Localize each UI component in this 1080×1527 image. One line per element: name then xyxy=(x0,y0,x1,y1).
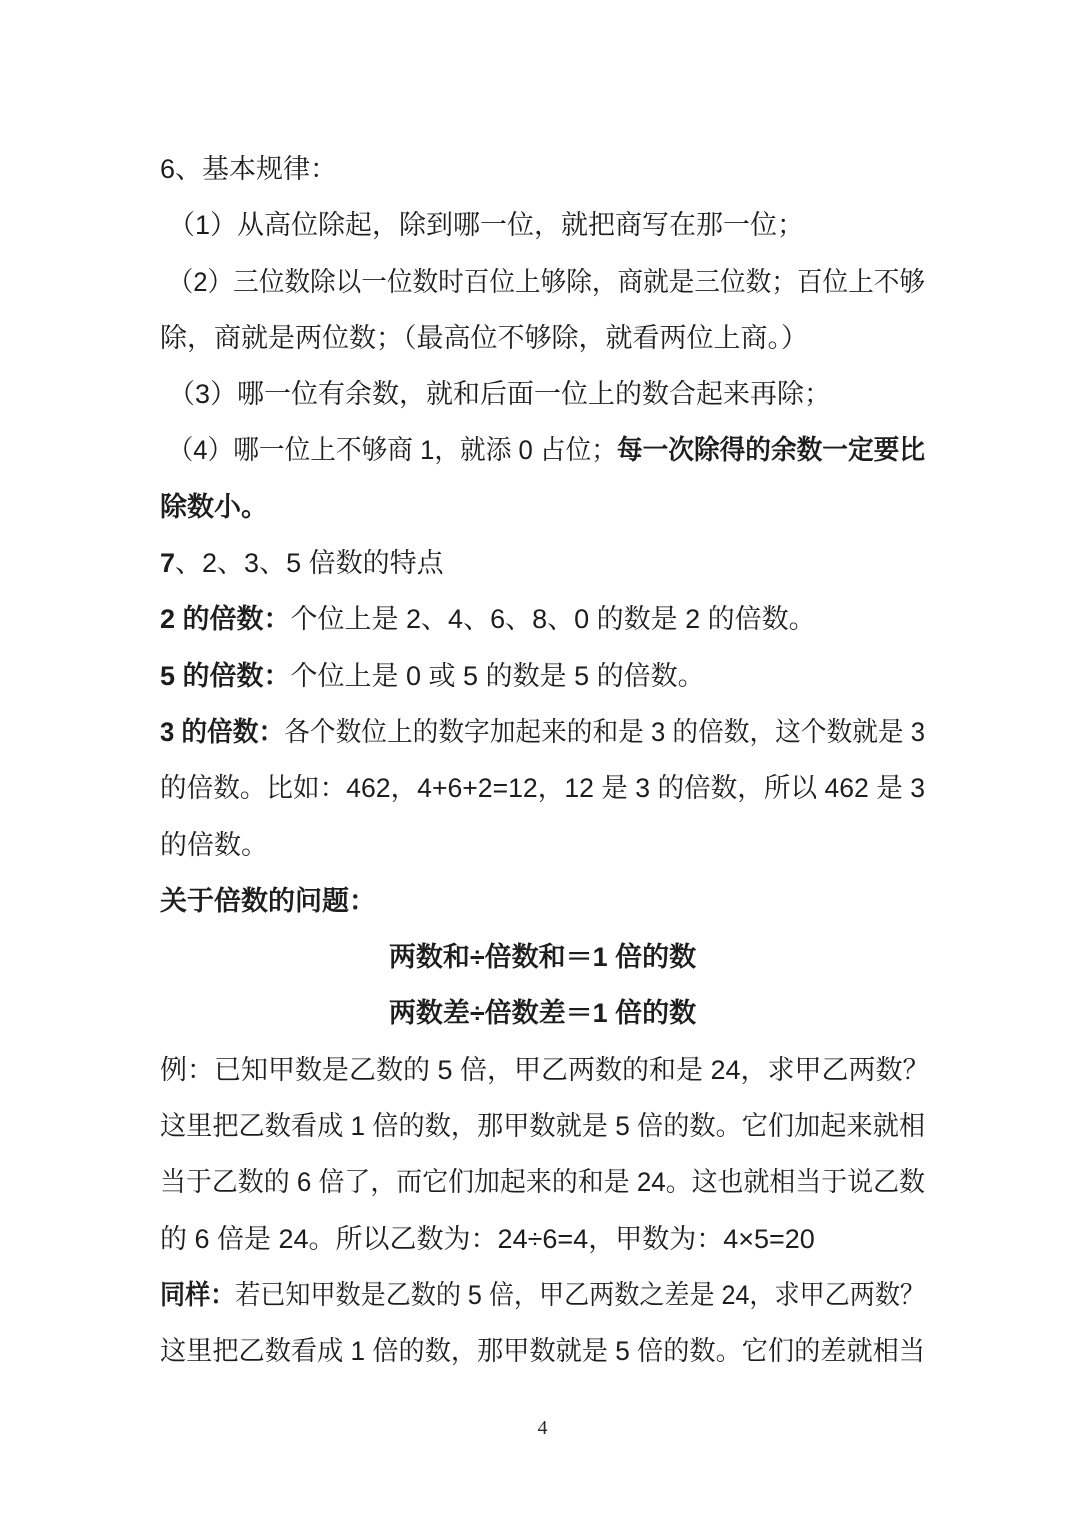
text-line-content: 除，商就是两位数；（最高位不够除，就看两位上商。） xyxy=(160,310,808,366)
text-line: 这里把乙数看成 1 倍的数，那甲数就是 5 倍的数。它们的差就相当 xyxy=(160,1323,925,1379)
document-page: 6、基本规律：（1）从高位除起，除到哪一位，就把商写在那一位；（2）三位数除以一… xyxy=(0,0,1080,1527)
text-line: 两数和÷倍数和＝1 倍的数 xyxy=(160,929,925,985)
bold-text-segment: 7 xyxy=(160,548,175,578)
text-line-content: 的 6 倍是 24。所以乙数为：24÷6=4，甲数为：4×5=20 xyxy=(160,1211,815,1267)
text-line: （1）从高位除起，除到哪一位，就把商写在那一位； xyxy=(160,197,925,253)
text-line: 除数小。 xyxy=(160,479,925,535)
text-line: （4）哪一位上不够商 1，就添 0 占位；每一次除得的余数一定要比 xyxy=(160,422,925,478)
bold-text-segment: 除数小。 xyxy=(160,492,268,522)
text-line: 当于乙数的 6 倍了，而它们加起来的和是 24。这也就相当于说乙数 xyxy=(160,1154,925,1210)
text-line: 2 的倍数：个位上是 2、4、6、8、0 的数是 2 的倍数。 xyxy=(160,591,925,647)
bold-text-segment: 两数和÷倍数和＝1 倍的数 xyxy=(389,942,696,972)
text-segment: 若已知甲数是乙数的 5 倍，甲乙两数之差是 24，求甲乙两数？ xyxy=(235,1280,925,1310)
document-content: 6、基本规律：（1）从高位除起，除到哪一位，就把商写在那一位；（2）三位数除以一… xyxy=(160,141,925,1380)
text-line-content: 除数小。 xyxy=(160,479,268,535)
text-segment: 个位上是 0 或 5 的数是 5 的倍数。 xyxy=(291,661,705,691)
text-line-content: 6、基本规律： xyxy=(160,141,337,197)
text-line-content: （1）从高位除起，除到哪一位，就把商写在那一位； xyxy=(160,197,804,253)
text-line: （2）三位数除以一位数时百位上够除，商就是三位数；百位上不够 xyxy=(160,254,925,310)
bold-text-segment: 3 的倍数： xyxy=(160,717,284,747)
text-line-content: 3 的倍数：各个数位上的数字加起来的和是 3 的倍数，这个数就是 3 xyxy=(160,704,925,760)
text-line: 同样：若已知甲数是乙数的 5 倍，甲乙两数之差是 24，求甲乙两数？ xyxy=(160,1267,925,1323)
text-line: 两数差÷倍数差＝1 倍的数 xyxy=(160,985,925,1041)
text-line-content: 当于乙数的 6 倍了，而它们加起来的和是 24。这也就相当于说乙数 xyxy=(160,1154,925,1210)
text-line-content: 两数差÷倍数差＝1 倍的数 xyxy=(389,985,696,1041)
text-line-content: 这里把乙数看成 1 倍的数，那甲数就是 5 倍的数。它们加起来就相 xyxy=(160,1098,925,1154)
text-line-content: 例：已知甲数是乙数的 5 倍，甲乙两数的和是 24，求甲乙两数？ xyxy=(160,1042,930,1098)
text-line-content: 7、2、3、5 倍数的特点 xyxy=(160,535,444,591)
text-line-content: 2 的倍数：个位上是 2、4、6、8、0 的数是 2 的倍数。 xyxy=(160,591,816,647)
text-line: （3）哪一位有余数，就和后面一位上的数合起来再除； xyxy=(160,366,925,422)
text-segment: 的倍数。比如：462，4+6+2=12，12 是 3 的倍数，所以 462 是 … xyxy=(160,773,925,803)
text-segment: 除，商就是两位数；（最高位不够除，就看两位上商。） xyxy=(160,323,808,353)
text-line: 关于倍数的问题： xyxy=(160,873,925,929)
bold-text-segment: 2 的倍数： xyxy=(160,604,291,634)
text-segment: 这里把乙数看成 1 倍的数，那甲数就是 5 倍的数。它们的差就相当 xyxy=(160,1336,925,1366)
bold-text-segment: 两数差÷倍数差＝1 倍的数 xyxy=(389,998,696,1028)
text-line: 3 的倍数：各个数位上的数字加起来的和是 3 的倍数，这个数就是 3 xyxy=(160,704,925,760)
text-line-content: 5 的倍数：个位上是 0 或 5 的数是 5 的倍数。 xyxy=(160,648,705,704)
text-segment: 这里把乙数看成 1 倍的数，那甲数就是 5 倍的数。它们加起来就相 xyxy=(160,1111,925,1141)
text-segment: 的 6 倍是 24。所以乙数为：24÷6=4，甲数为：4×5=20 xyxy=(160,1224,815,1254)
text-line-content: （2）三位数除以一位数时百位上够除，商就是三位数；百位上不够 xyxy=(160,254,925,310)
text-line-content: 的倍数。比如：462，4+6+2=12，12 是 3 的倍数，所以 462 是 … xyxy=(160,760,925,816)
text-line-content: 同样：若已知甲数是乙数的 5 倍，甲乙两数之差是 24，求甲乙两数？ xyxy=(160,1267,925,1323)
bold-text-segment: 同样： xyxy=(160,1280,235,1310)
text-line-content: 这里把乙数看成 1 倍的数，那甲数就是 5 倍的数。它们的差就相当 xyxy=(160,1323,925,1379)
text-segment: 当于乙数的 6 倍了，而它们加起来的和是 24。这也就相当于说乙数 xyxy=(160,1167,925,1197)
text-line: 除，商就是两位数；（最高位不够除，就看两位上商。） xyxy=(160,310,925,366)
text-segment: 6、基本规律： xyxy=(160,154,337,184)
text-line: 的倍数。比如：462，4+6+2=12，12 是 3 的倍数，所以 462 是 … xyxy=(160,760,925,816)
text-line: 7、2、3、5 倍数的特点 xyxy=(160,535,925,591)
text-line-content: （4）哪一位上不够商 1，就添 0 占位；每一次除得的余数一定要比 xyxy=(160,422,925,478)
text-line-content: 关于倍数的问题： xyxy=(160,873,376,929)
text-segment: 、2、3、5 倍数的特点 xyxy=(175,548,444,578)
bold-text-segment: 5 的倍数： xyxy=(160,661,291,691)
text-line: 的 6 倍是 24。所以乙数为：24÷6=4，甲数为：4×5=20 xyxy=(160,1211,925,1267)
text-segment: （4）哪一位上不够商 1，就添 0 占位； xyxy=(168,435,617,465)
text-line: 例：已知甲数是乙数的 5 倍，甲乙两数的和是 24，求甲乙两数？ xyxy=(160,1042,925,1098)
text-segment: （1）从高位除起，除到哪一位，就把商写在那一位； xyxy=(168,210,804,240)
text-segment: （2）三位数除以一位数时百位上够除，商就是三位数；百位上不够 xyxy=(168,267,925,297)
text-line: 5 的倍数：个位上是 0 或 5 的数是 5 的倍数。 xyxy=(160,648,925,704)
text-segment: 个位上是 2、4、6、8、0 的数是 2 的倍数。 xyxy=(291,604,816,634)
text-segment: 例：已知甲数是乙数的 5 倍，甲乙两数的和是 24，求甲乙两数？ xyxy=(160,1055,930,1085)
text-segment: 各个数位上的数字加起来的和是 3 的倍数，这个数就是 3 xyxy=(284,717,925,747)
text-segment: 的倍数。 xyxy=(160,830,268,860)
text-line-content: 两数和÷倍数和＝1 倍的数 xyxy=(389,929,696,985)
page-number: 4 xyxy=(160,1414,925,1442)
bold-text-segment: 关于倍数的问题： xyxy=(160,886,376,916)
bold-text-segment: 每一次除得的余数一定要比 xyxy=(617,435,925,465)
text-line: 这里把乙数看成 1 倍的数，那甲数就是 5 倍的数。它们加起来就相 xyxy=(160,1098,925,1154)
text-line: 的倍数。 xyxy=(160,817,925,873)
text-line-content: 的倍数。 xyxy=(160,817,268,873)
text-line: 6、基本规律： xyxy=(160,141,925,197)
text-segment: （3）哪一位有余数，就和后面一位上的数合起来再除； xyxy=(168,379,831,409)
text-line-content: （3）哪一位有余数，就和后面一位上的数合起来再除； xyxy=(160,366,831,422)
